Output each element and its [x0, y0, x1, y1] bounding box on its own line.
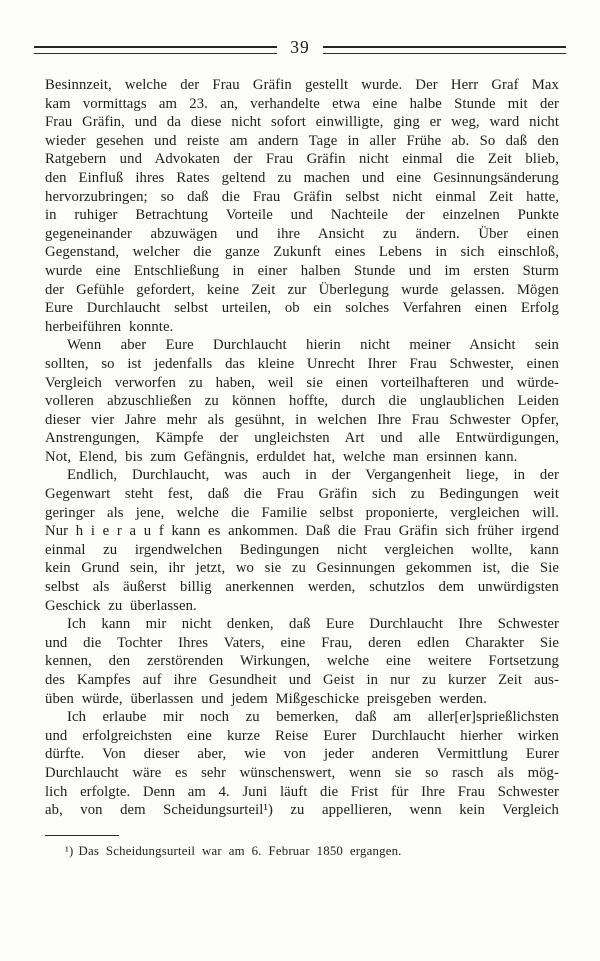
text-line: dürfte. Von dieser aber, wie von jeder a…	[45, 745, 559, 764]
text-line: Ich erlaube mir noch zu bemerken, daß am…	[45, 708, 559, 727]
paragraph: Wenn aber Eure Durchlaucht hierin nicht …	[45, 336, 559, 466]
text-line: Geschick zu überlassen.	[45, 597, 559, 616]
text-line: herbeiführen konnte.	[45, 318, 559, 337]
footnote: ¹)Das Scheidungsurteil war am 6. Februar…	[45, 843, 559, 860]
text-line: einmal zu irgendwelchen Bedingungen nich…	[45, 541, 559, 560]
text-line: volleren abzuschließen zu können hoffte,…	[45, 392, 559, 411]
text-line: gegeneinander abzuwägen und ihre Ansicht…	[45, 225, 559, 244]
page-number: 39	[290, 39, 310, 57]
text-line: Nur h i e r a u f kann es ankommen. Daß …	[45, 522, 559, 541]
text-line: Anstrengungen, Kämpfe der ungleichsten A…	[45, 429, 559, 448]
text-line: und die Tochter Ihres Vaters, eine Frau,…	[45, 634, 559, 653]
text-line: Endlich, Durchlaucht, was auch in der Ve…	[45, 466, 559, 485]
text-line: wieder gesehen und reiste am andern Tage…	[45, 132, 559, 151]
running-head: 39	[34, 36, 566, 62]
text-line: Durchlaucht wäre es sehr wünschenswert, …	[45, 764, 559, 783]
paragraph: Besinnzeit, welche der Frau Gräfin geste…	[45, 76, 559, 336]
text-line: kein Grund sein, ihr jetzt, wo sie zu Ge…	[45, 559, 559, 578]
text-line: Eure Durchlaucht selbst urteilen, ob ein…	[45, 299, 559, 318]
text-line: der Gefühle gefordert, keine Zeit zur Üb…	[45, 281, 559, 300]
text-line: dieser vier Jahre mehr als gesühnt, in w…	[45, 411, 559, 430]
text-line: ab, von dem Scheidungsurteil¹) zu appell…	[45, 801, 559, 820]
text-line: Frau Gräfin, und da diese nicht sofort e…	[45, 113, 559, 132]
text-line: Gegenwart steht fest, daß die Frau Gräfi…	[45, 485, 559, 504]
paragraph: Ich erlaube mir noch zu bemerken, daß am…	[45, 708, 559, 820]
text-line: geringer als jene, welche die Familie se…	[45, 504, 559, 523]
text-line: und erfolgreichsten eine kurze Reise Eur…	[45, 727, 559, 746]
text-line: Vergleich verworfen zu haben, weil sie e…	[45, 374, 559, 393]
header-rule-right	[323, 46, 566, 54]
footnote-separator-rule	[45, 835, 119, 836]
text-line: Wenn aber Eure Durchlaucht hierin nicht …	[45, 336, 559, 355]
text-line: sollten, so ist jedenfalls das kleine Un…	[45, 355, 559, 374]
footnote-marker: ¹)	[65, 844, 74, 858]
text-line: kam vormittags am 23. an, verhandelte et…	[45, 95, 559, 114]
text-line: wurde eine Entschließung in einer halben…	[45, 262, 559, 281]
text-line: des Kampfes auf ihre Gesundheit und Geis…	[45, 671, 559, 690]
text-line: den Einfluß ihres Rates geltend zu mache…	[45, 169, 559, 188]
text-line: Ratgebern und Advokaten der Frau Gräfin …	[45, 150, 559, 169]
paragraph: Ich kann mir nicht denken, daß Eure Durc…	[45, 615, 559, 708]
text-line: Besinnzeit, welche der Frau Gräfin geste…	[45, 76, 559, 95]
text-line: Ich kann mir nicht denken, daß Eure Durc…	[45, 615, 559, 634]
text-line: Gegenstand, welcher die ganze Zukunft ei…	[45, 243, 559, 262]
footnote-text: Das Scheidungsurteil war am 6. Februar 1…	[79, 844, 402, 858]
text-line: in ruhiger Betrachtung Vorteile und Nach…	[45, 206, 559, 225]
text-line: hervorzubringen; so daß die Frau Gräfin …	[45, 188, 559, 207]
text-line: selbst als äußerst billig anerkennen wer…	[45, 578, 559, 597]
scanned-book-page: 39 Besinnzeit, welche der Frau Gräfin ge…	[0, 0, 600, 961]
text-line: Not, Elend, bis zum Gefängnis, erduldet …	[45, 448, 559, 467]
text-line: üben würde, überlassen und jedem Mißgesc…	[45, 690, 559, 709]
text-block: Besinnzeit, welche der Frau Gräfin geste…	[45, 76, 559, 820]
text-line: lich erfolgte. Denn am 4. Juni läuft die…	[45, 783, 559, 802]
paragraph: Endlich, Durchlaucht, was auch in der Ve…	[45, 466, 559, 615]
header-rule-left	[34, 46, 277, 54]
text-line: kennen, den zerstörenden Wirkungen, welc…	[45, 652, 559, 671]
